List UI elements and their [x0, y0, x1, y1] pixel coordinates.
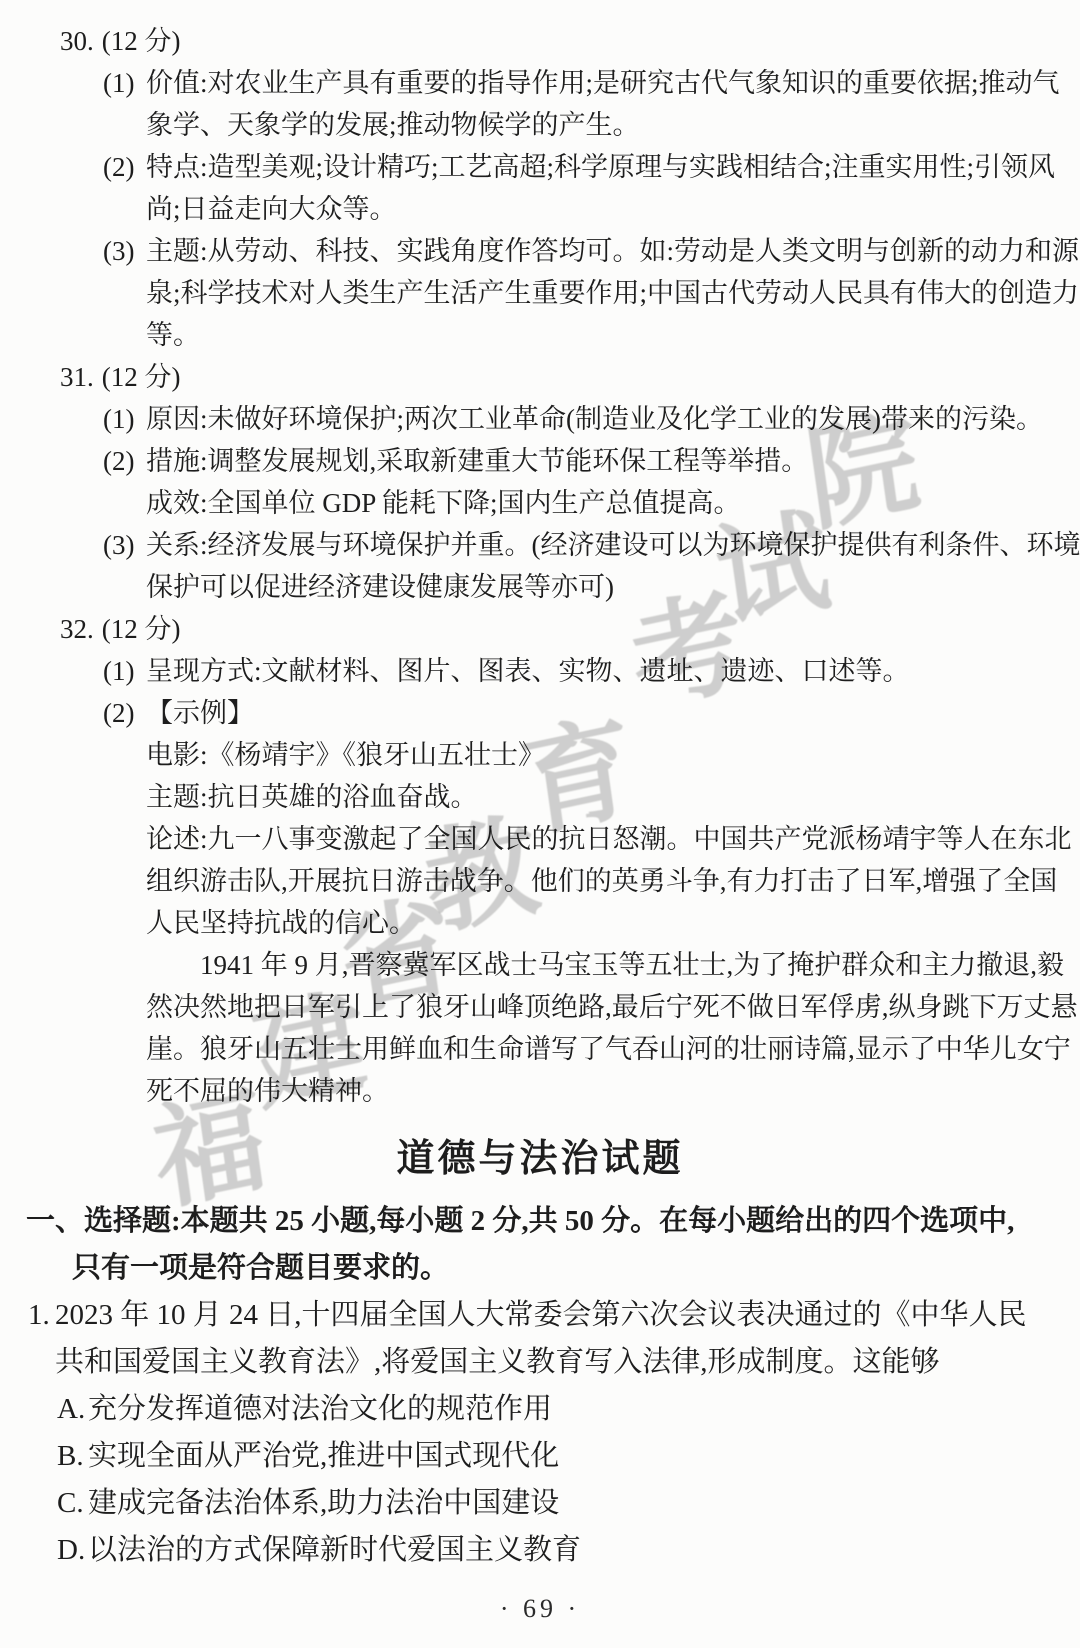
- answer-item: (1)价值:对农业生产具有重要的指导作用;是研究古代气象知识的重要依据;推动气象…: [0, 62, 1080, 146]
- answer-line: 等。: [146, 314, 1080, 356]
- answer-item: (2)措施:调整发展规划,采取新建重大节能环保工程等举措。成效:全国单位 GDP…: [0, 440, 1080, 524]
- answer-item-label: (2): [103, 692, 134, 734]
- answer-line: 保护可以促进经济建设健康发展等亦可): [146, 566, 1080, 608]
- section-heading-line: 一、选择题:本题共 25 小题,每小题 2 分,共 50 分。在每小题给出的四个…: [0, 1198, 1080, 1245]
- answer-line: 崖。狼牙山五壮士用鲜血和生命谱写了气吞山河的壮丽诗篇,显示了中华儿女宁: [146, 1028, 1080, 1070]
- question-stem-line: 共和国爱国主义教育法》,将爱国主义教育写入法律,形成制度。这能够: [0, 1339, 1080, 1386]
- answer-line: 成效:全国单位 GDP 能耗下降;国内生产总值提高。: [146, 482, 1080, 524]
- option-label: D.: [57, 1527, 85, 1574]
- exam-answer-page: 福建省教育考试院 30.(12 分)(1)价值:对农业生产具有重要的指导作用;是…: [0, 0, 1080, 1648]
- answer-item: (2)【示例】电影:《杨靖宇》《狼牙山五壮士》主题:抗日英雄的浴血奋战。论述:九…: [0, 692, 1080, 1112]
- answer-item-label: (1): [103, 62, 134, 104]
- choice-option: C.建成完备法治体系,助力法治中国建设: [0, 1480, 1080, 1527]
- answer-item-label: (2): [103, 440, 134, 482]
- answer-line: 呈现方式:文献材料、图片、图表、实物、遗址、遗迹、口述等。: [146, 650, 1080, 692]
- answer-line: 特点:造型美观;设计精巧;工艺高超;科学原理与实践相结合;注重实用性;引领风: [146, 146, 1080, 188]
- answer-line: 人民坚持抗战的信心。: [146, 902, 1080, 944]
- choice-option: D.以法治的方式保障新时代爱国主义教育: [0, 1527, 1080, 1574]
- section-heading-line: 只有一项是符合题目要求的。: [0, 1245, 1080, 1292]
- answer-line: 原因:未做好环境保护;两次工业革命(制造业及化学工业的发展)带来的污染。: [146, 398, 1080, 440]
- answer-line: 1941 年 9 月,晋察冀军区战士马宝玉等五壮士,为了掩护群众和主力撤退,毅: [146, 944, 1080, 986]
- answer-item-label: (3): [103, 230, 134, 272]
- answer-line: 措施:调整发展规划,采取新建重大节能环保工程等举措。: [146, 440, 1080, 482]
- answer-line: 然决然地把日军引上了狼牙山峰顶绝路,最后宁死不做日军俘虏,纵身跳下万丈悬: [146, 986, 1080, 1028]
- answer-item: (1)呈现方式:文献材料、图片、图表、实物、遗址、遗迹、口述等。: [0, 650, 1080, 692]
- answer-question-header: 30.(12 分): [0, 20, 1080, 62]
- option-text: 以法治的方式保障新时代爱国主义教育: [88, 1534, 581, 1566]
- answer-line: 论述:九一八事变激起了全国人民的抗日怒潮。中国共产党派杨靖宇等人在东北: [146, 818, 1080, 860]
- answer-line: 主题:从劳动、科技、实践角度作答均可。如:劳动是人类文明与创新的动力和源: [146, 230, 1080, 272]
- answer-item: (2)特点:造型美观;设计精巧;工艺高超;科学原理与实践相结合;注重实用性;引领…: [0, 146, 1080, 230]
- question-1: 1.2023 年 10 月 24 日,十四届全国人大常委会第六次会议表决通过的《…: [0, 1292, 1080, 1574]
- page-number: · 69 ·: [0, 1592, 1080, 1626]
- answer-line: 尚;日益走向大众等。: [146, 188, 1080, 230]
- answer-line: 价值:对农业生产具有重要的指导作用;是研究古代气象知识的重要依据;推动气: [146, 62, 1080, 104]
- option-text: 实现全面从严治党,推进中国式现代化: [88, 1440, 559, 1472]
- answer-line: 组织游击队,开展抗日游击战争。他们的英勇斗争,有力打击了日军,增强了全国: [146, 860, 1080, 902]
- option-text: 充分发挥道德对法治文化的规范作用: [88, 1393, 552, 1425]
- question-number: 30.: [60, 26, 94, 56]
- question-number: 32.: [60, 614, 94, 644]
- option-label: C.: [57, 1480, 84, 1527]
- option-label: A.: [57, 1386, 85, 1433]
- answer-item: (1)原因:未做好环境保护;两次工业革命(制造业及化学工业的发展)带来的污染。: [0, 398, 1080, 440]
- answer-line: 象学、天象学的发展;推动物候学的产生。: [146, 104, 1080, 146]
- answer-line: 泉;科学技术对人类生产生活产生重要作用;中国古代劳动人民具有伟大的创造力: [146, 272, 1080, 314]
- answer-item: (3)主题:从劳动、科技、实践角度作答均可。如:劳动是人类文明与创新的动力和源泉…: [0, 230, 1080, 356]
- answer-question-header: 31.(12 分): [0, 356, 1080, 398]
- question-score: (12 分): [102, 614, 181, 644]
- question-1-number: 1.: [28, 1292, 50, 1339]
- section-one-heading: 一、选择题:本题共 25 小题,每小题 2 分,共 50 分。在每小题给出的四个…: [0, 1198, 1080, 1292]
- page-content: 30.(12 分)(1)价值:对农业生产具有重要的指导作用;是研究古代气象知识的…: [0, 0, 1080, 1626]
- question-score: (12 分): [102, 26, 181, 56]
- answer-line: 【示例】: [146, 692, 1080, 734]
- paper-title: 道德与法治试题: [0, 1132, 1080, 1186]
- option-text: 建成完备法治体系,助力法治中国建设: [88, 1487, 559, 1519]
- history-answers-section: 30.(12 分)(1)价值:对农业生产具有重要的指导作用;是研究古代气象知识的…: [0, 0, 1080, 1112]
- answer-line: 主题:抗日英雄的浴血奋战。: [146, 776, 1080, 818]
- answer-line: 死不屈的伟大精神。: [146, 1070, 1080, 1112]
- answer-line: 关系:经济发展与环境保护并重。(经济建设可以为环境保护提供有利条件、环境: [146, 524, 1080, 566]
- option-label: B.: [57, 1433, 84, 1480]
- answer-line: 电影:《杨靖宇》《狼牙山五壮士》: [146, 734, 1080, 776]
- answer-item-label: (1): [103, 398, 134, 440]
- choice-option: A.充分发挥道德对法治文化的规范作用: [0, 1386, 1080, 1433]
- choice-option: B.实现全面从严治党,推进中国式现代化: [0, 1433, 1080, 1480]
- answer-item: (3)关系:经济发展与环境保护并重。(经济建设可以为环境保护提供有利条件、环境保…: [0, 524, 1080, 608]
- answer-item-label: (2): [103, 146, 134, 188]
- answer-item-label: (3): [103, 524, 134, 566]
- question-stem-line: 1.2023 年 10 月 24 日,十四届全国人大常委会第六次会议表决通过的《…: [0, 1292, 1080, 1339]
- answer-item-label: (1): [103, 650, 134, 692]
- question-score: (12 分): [102, 362, 181, 392]
- civics-section: 一、选择题:本题共 25 小题,每小题 2 分,共 50 分。在每小题给出的四个…: [0, 1198, 1080, 1574]
- answer-question-header: 32.(12 分): [0, 608, 1080, 650]
- question-number: 31.: [60, 362, 94, 392]
